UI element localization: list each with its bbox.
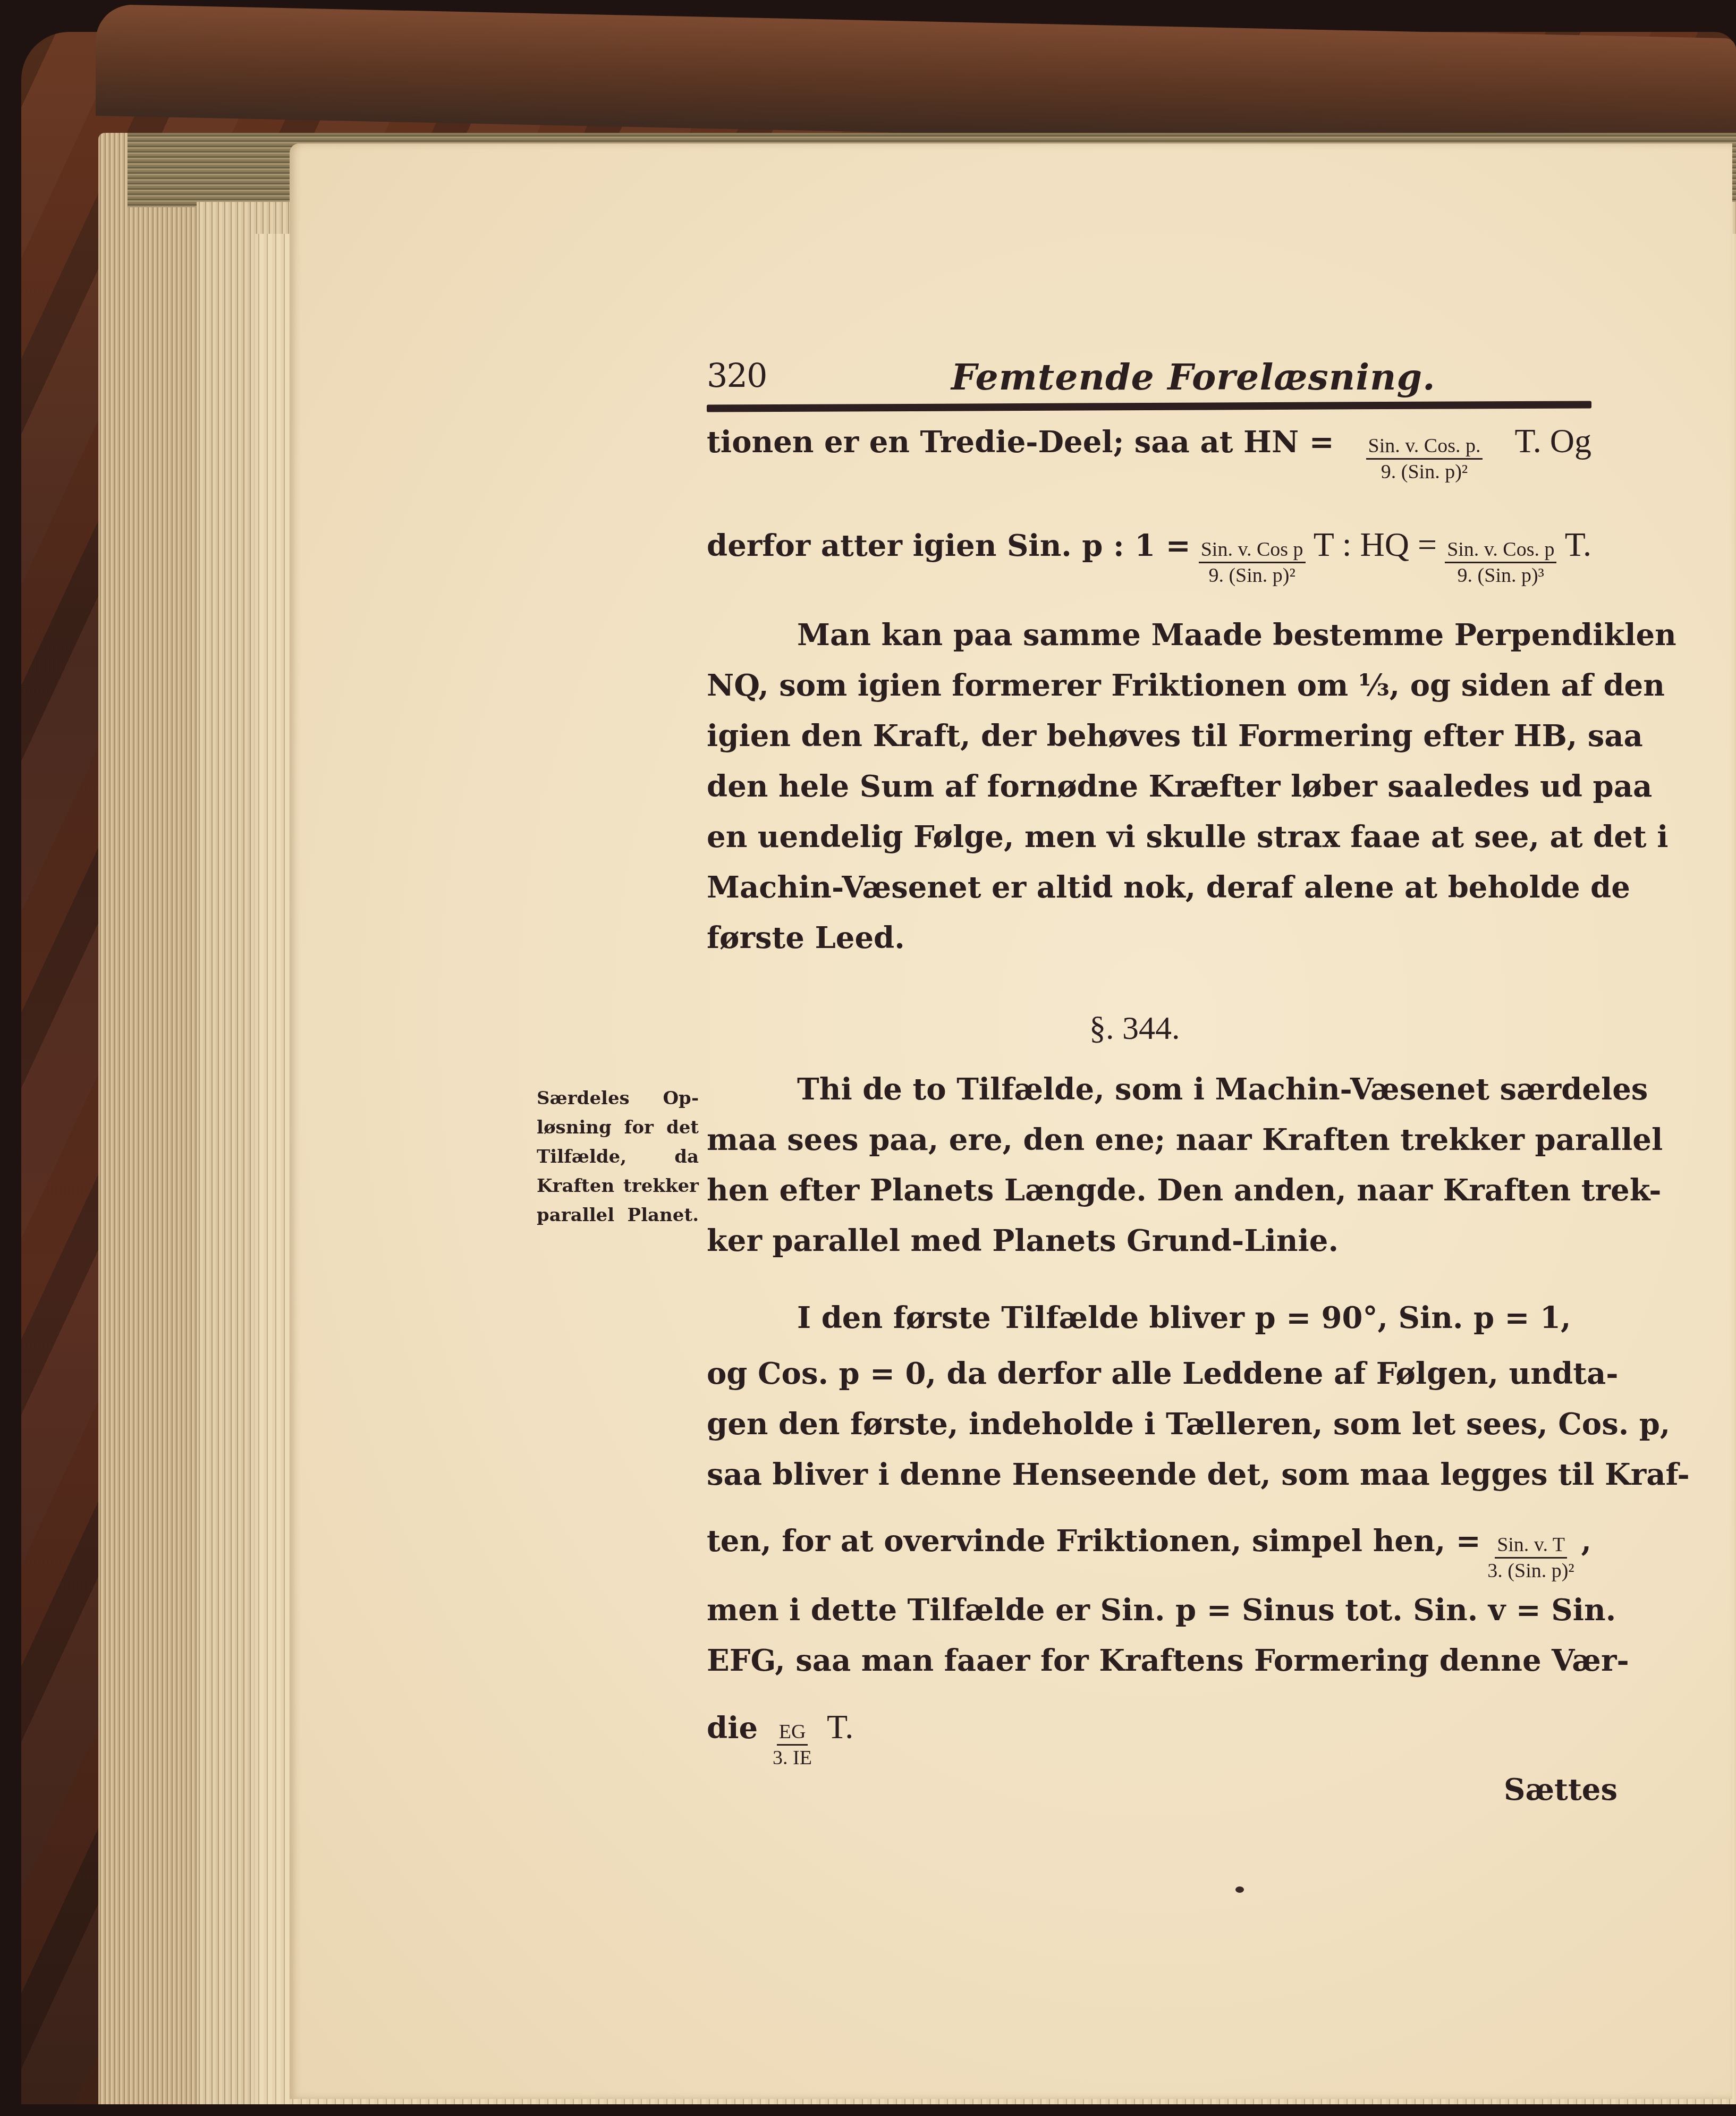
fraction-denominator: 3. IE bbox=[773, 1746, 812, 1769]
text-line: derfor atter igien Sin. p : 1 = Sin. v. … bbox=[707, 523, 1591, 587]
line-text: T : HQ = bbox=[1314, 523, 1437, 566]
fraction-numerator: Sin. v. Cos. p bbox=[1445, 538, 1556, 563]
line-text: og Cos. p = 0, da derfor alle Leddene af… bbox=[707, 1352, 1619, 1395]
text-line: den hele Sum af fornødne Kræfter løber s… bbox=[707, 765, 1591, 808]
running-head: 320 Femtende Forelæsning. bbox=[707, 356, 1591, 404]
line-text: T. bbox=[1565, 523, 1591, 566]
line-text: men i dette Tilfælde er Sin. p = Sinus t… bbox=[707, 1589, 1616, 1631]
ink-speck bbox=[1235, 1886, 1244, 1893]
line-text: ker parallel med Planets Grund-Linie. bbox=[707, 1220, 1339, 1262]
text-line: ten, for at overvinde Friktionen, simpel… bbox=[707, 1520, 1591, 1582]
line-text: første Leed. bbox=[707, 917, 905, 959]
line-text: en uendelig Følge, men vi skulle strax f… bbox=[707, 816, 1668, 858]
line-text: saa bliver i denne Henseende det, som ma… bbox=[707, 1453, 1690, 1496]
catchword: Sættes bbox=[1504, 1772, 1618, 1807]
margin-note-line: Kraften trekker bbox=[537, 1172, 699, 1201]
text-line: gen den første, indeholde i Tælleren, so… bbox=[707, 1403, 1591, 1445]
text-line: NQ, som igien formerer Friktionen om ⅓, … bbox=[707, 664, 1591, 707]
fraction-denominator: 9. (Sin. p)² bbox=[1208, 563, 1295, 587]
section-number: §. 344. bbox=[1089, 1010, 1180, 1047]
fraction-denominator: 9. (Sin. p)² bbox=[1381, 460, 1468, 483]
text-line: en uendelig Følge, men vi skulle strax f… bbox=[707, 816, 1591, 858]
text-line: maa sees paa, ere, den ene; naar Kraften… bbox=[707, 1119, 1591, 1161]
fraction: Sin. v. Cos. p 9. (Sin. p)³ bbox=[1445, 538, 1556, 587]
text-line: Thi de to Tilfælde, som i Machin-Væsenet… bbox=[707, 1068, 1591, 1111]
margin-note-line: parallel Planet. bbox=[537, 1201, 699, 1230]
text-line: die EG 3. IE T. bbox=[707, 1706, 1591, 1769]
line-text: NQ, som igien formerer Friktionen om ⅓, … bbox=[707, 664, 1665, 707]
text-line: Man kan paa samme Maade bestemme Perpend… bbox=[707, 614, 1591, 656]
line-text: ten, for at overvinde Friktionen, simpel… bbox=[707, 1520, 1481, 1562]
line-text: hen efter Planets Længde. Den anden, naa… bbox=[707, 1169, 1662, 1212]
text-line: I den første Tilfælde bliver p = 90°, Si… bbox=[707, 1297, 1591, 1339]
text-line: saa bliver i denne Henseende det, som ma… bbox=[707, 1453, 1591, 1496]
text-line: første Leed. bbox=[707, 917, 1591, 959]
fraction-numerator: EG bbox=[777, 1721, 808, 1746]
line-text: Thi de to Tilfælde, som i Machin-Væsenet… bbox=[797, 1068, 1648, 1111]
fraction-numerator: Sin. v. Cos p bbox=[1199, 538, 1306, 563]
text-line: men i dette Tilfælde er Sin. p = Sinus t… bbox=[707, 1589, 1591, 1631]
page-number: 320 bbox=[707, 356, 766, 395]
running-head-title: Femtende Forelæsning. bbox=[951, 356, 1436, 399]
fraction: Sin. v. T 3. (Sin. p)² bbox=[1487, 1534, 1574, 1582]
fraction: Sin. v. Cos p 9. (Sin. p)² bbox=[1199, 538, 1306, 587]
text-line: EFG, saa man faaer for Kraftens Formerin… bbox=[707, 1639, 1591, 1682]
text-line: ker parallel med Planets Grund-Linie. bbox=[707, 1220, 1591, 1262]
text-line: og Cos. p = 0, da derfor alle Leddene af… bbox=[707, 1352, 1591, 1395]
fraction-numerator: Sin. v. T bbox=[1495, 1534, 1567, 1559]
line-text: igien den Kraft, der behøves til Formeri… bbox=[707, 715, 1643, 757]
text-line: hen efter Planets Længde. Den anden, naa… bbox=[707, 1169, 1591, 1212]
text-line: igien den Kraft, der behøves til Formeri… bbox=[707, 715, 1591, 757]
margin-note-line: løsning for det bbox=[537, 1113, 699, 1142]
line-text: die bbox=[707, 1707, 758, 1749]
line-text: derfor atter igien Sin. p : 1 = bbox=[707, 524, 1191, 567]
line-text: , bbox=[1581, 1520, 1591, 1562]
line-text: gen den første, indeholde i Tælleren, so… bbox=[707, 1403, 1670, 1445]
margin-note-line: Tilfælde, da bbox=[537, 1142, 699, 1172]
line-text: T. Og bbox=[1514, 420, 1591, 462]
line-text: den hele Sum af fornødne Kræfter løber s… bbox=[707, 765, 1652, 808]
line-text: tionen er en Tredie-Deel; saa at HN = bbox=[707, 421, 1334, 463]
line-text: I den første Tilfælde bliver p = 90°, Si… bbox=[797, 1297, 1571, 1339]
line-text: Man kan paa samme Maade bestemme Perpend… bbox=[797, 614, 1676, 656]
fraction: Sin. v. Cos. p. 9. (Sin. p)² bbox=[1366, 435, 1483, 483]
line-text: EFG, saa man faaer for Kraftens Formerin… bbox=[707, 1639, 1629, 1682]
line-text: T. bbox=[827, 1706, 853, 1748]
text-line: Machin-Væsenet er altid nok, deraf alene… bbox=[707, 866, 1591, 909]
margin-note: Særdeles Op- løsning for det Tilfælde, d… bbox=[537, 1084, 699, 1230]
fraction-numerator: Sin. v. Cos. p. bbox=[1366, 435, 1483, 460]
line-text: Machin-Væsenet er altid nok, deraf alene… bbox=[707, 866, 1630, 909]
fraction-denominator: 3. (Sin. p)² bbox=[1487, 1559, 1574, 1582]
line-text: maa sees paa, ere, den ene; naar Kraften… bbox=[707, 1119, 1663, 1161]
fraction: EG 3. IE bbox=[773, 1721, 812, 1769]
fraction-denominator: 9. (Sin. p)³ bbox=[1458, 563, 1544, 587]
text-line: tionen er en Tredie-Deel; saa at HN = Si… bbox=[707, 420, 1591, 483]
margin-note-line: Særdeles Op- bbox=[537, 1084, 699, 1113]
